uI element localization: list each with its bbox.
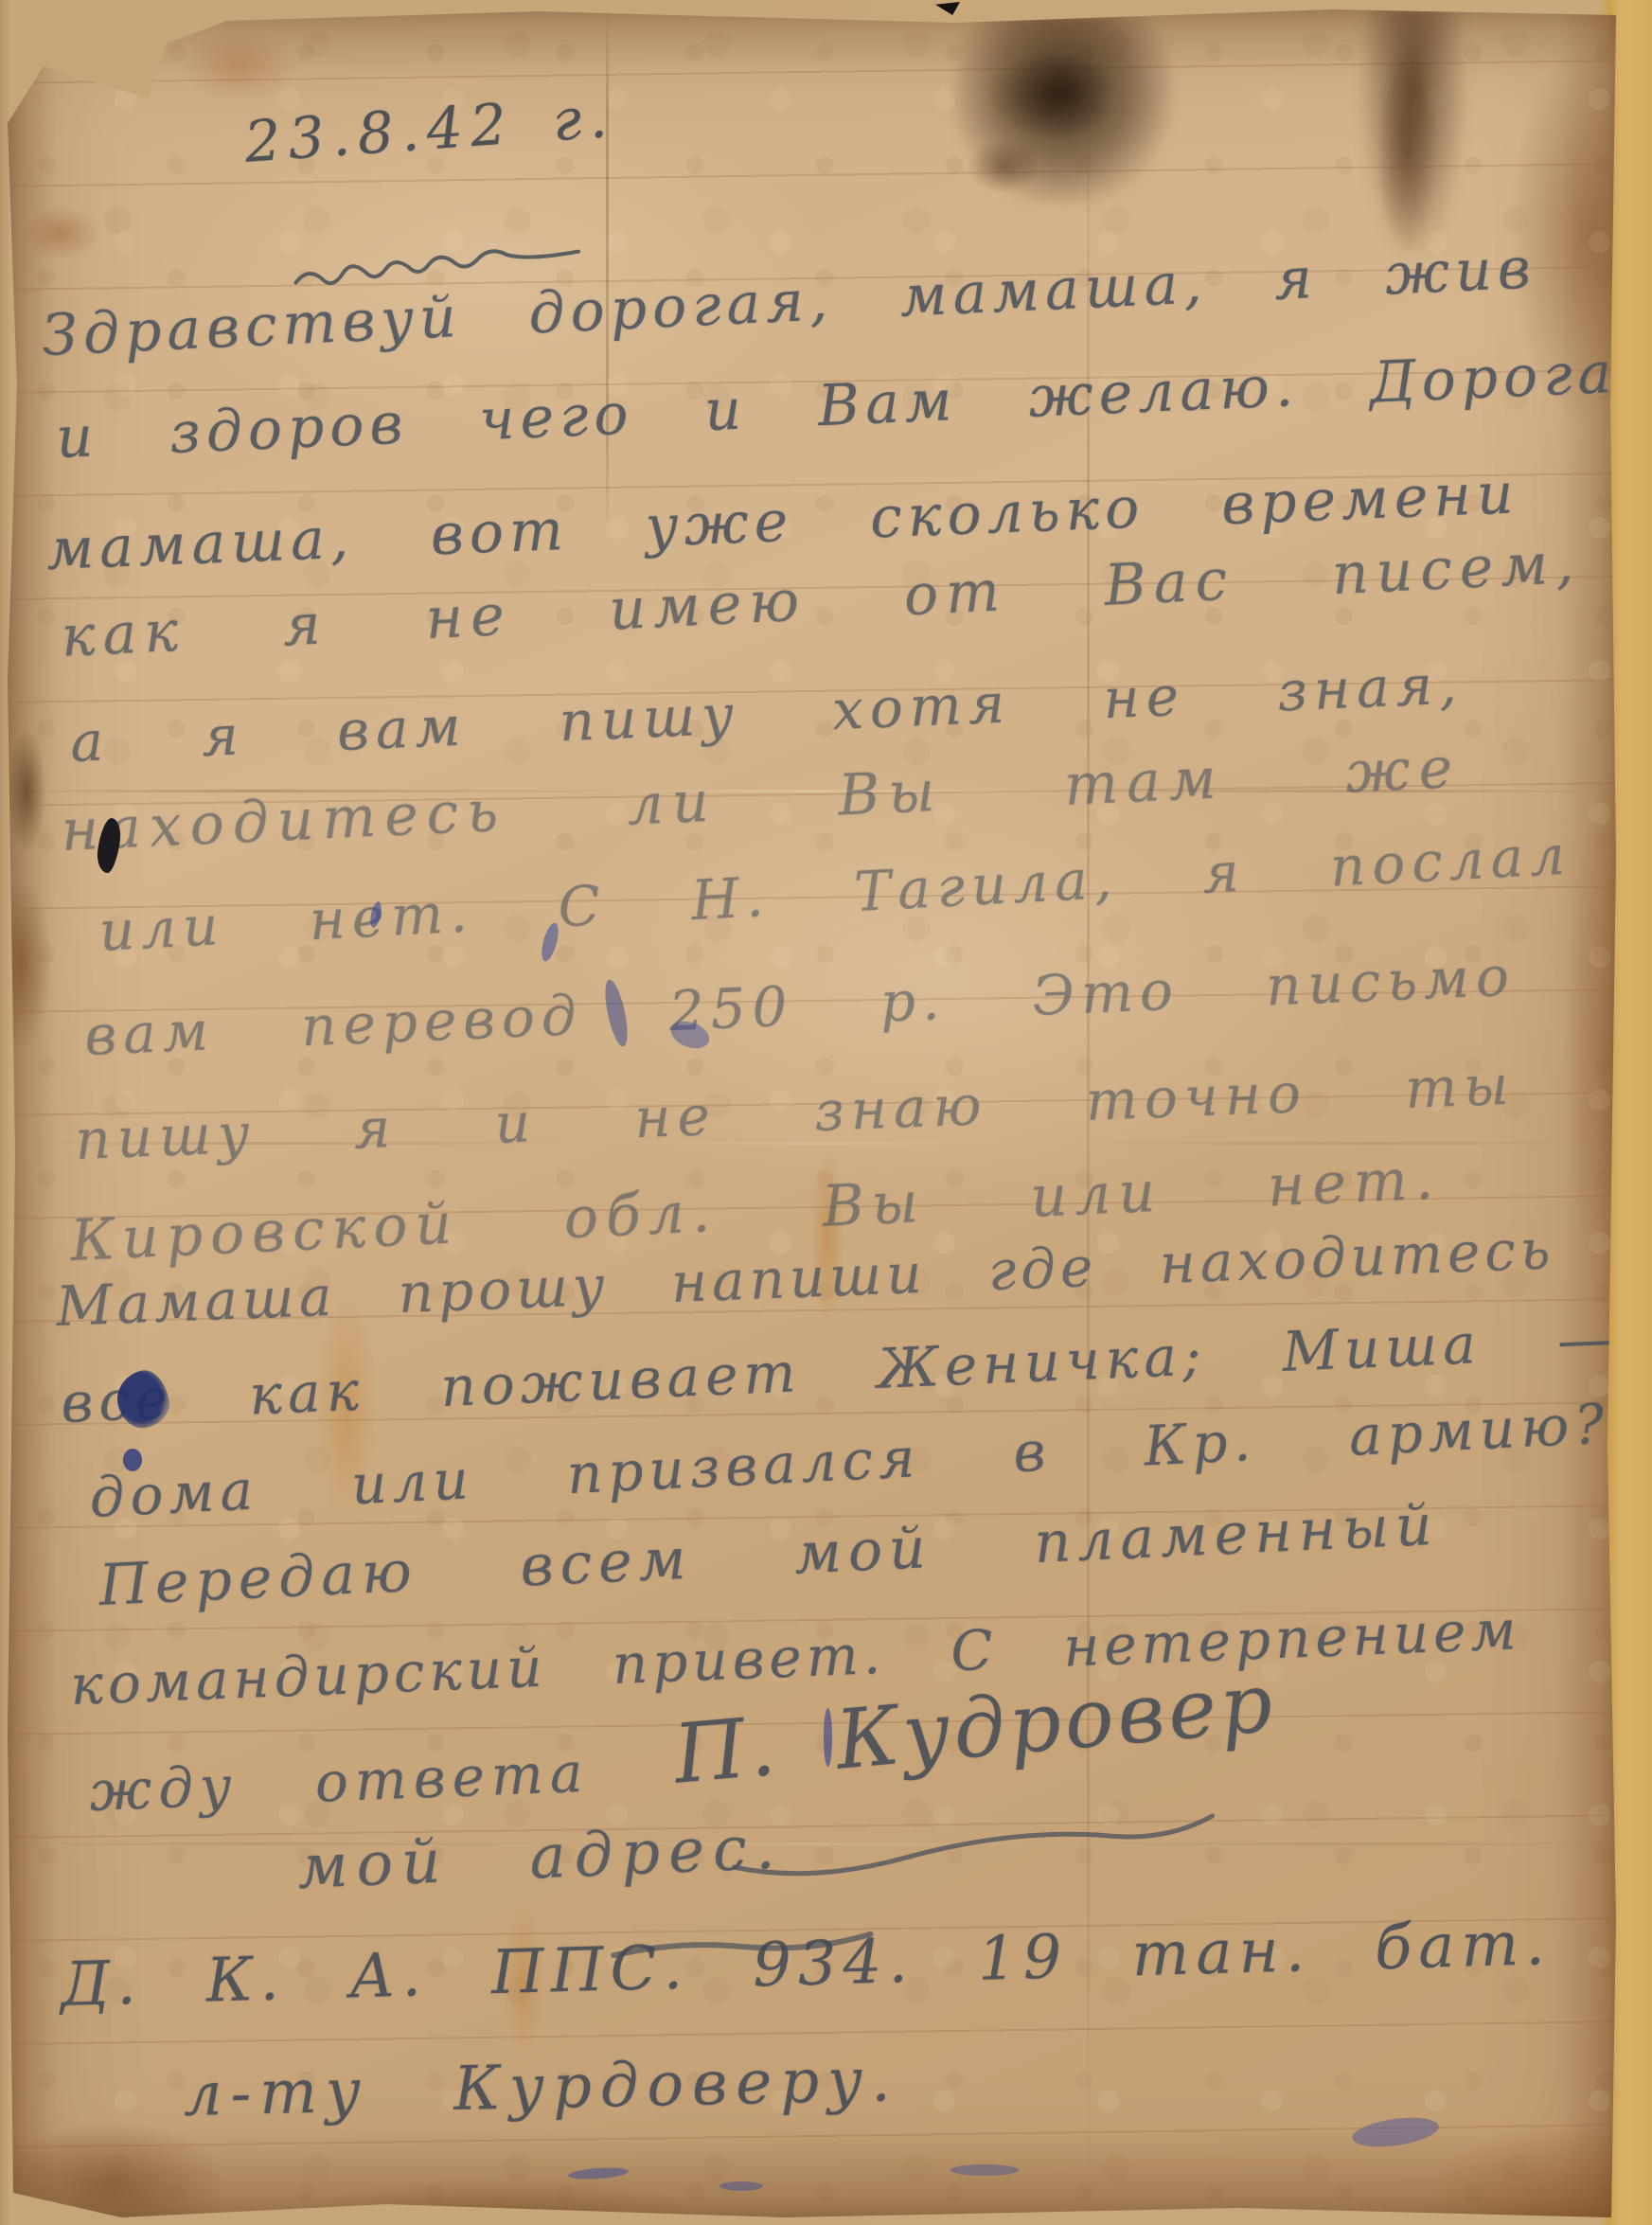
ink-smudge	[950, 2164, 1019, 2176]
address-line: Д. К. А. ППС. 934. 19 тан. бат. 2 рота	[60, 1898, 1652, 2020]
scanned-letter-photo: 23.8.42 г. Здравствуй дорогая, мамаша, я…	[0, 0, 1652, 2225]
ink-smudge	[1350, 2113, 1440, 2152]
ink-smudge	[719, 2181, 763, 2191]
ink-smudge	[568, 2166, 630, 2180]
addressee-line: л-ту Курдоверу.	[183, 2045, 899, 2130]
date-text: 23.8.42 г.	[242, 84, 616, 176]
letter-line: вам перевод 250 р. Это письмо	[83, 944, 1517, 1068]
scan-artifact-mark	[935, 2, 960, 15]
letter-sheet: 23.8.42 г. Здравствуй дорогая, мамаша, я…	[8, 8, 1616, 2217]
letter-line: жду ответа	[88, 1740, 591, 1824]
signature-flourish	[726, 1796, 1220, 1886]
letter-line: Здравствуй дорогая, мамаша, я жив	[41, 235, 1537, 369]
soot-stain	[954, 15, 1172, 205]
letter-line: и здоров чего и Вам желаю. Дорогая	[55, 338, 1652, 472]
letter-line: мой адрес.	[296, 1813, 785, 1903]
soot-stain	[1361, 8, 1465, 254]
